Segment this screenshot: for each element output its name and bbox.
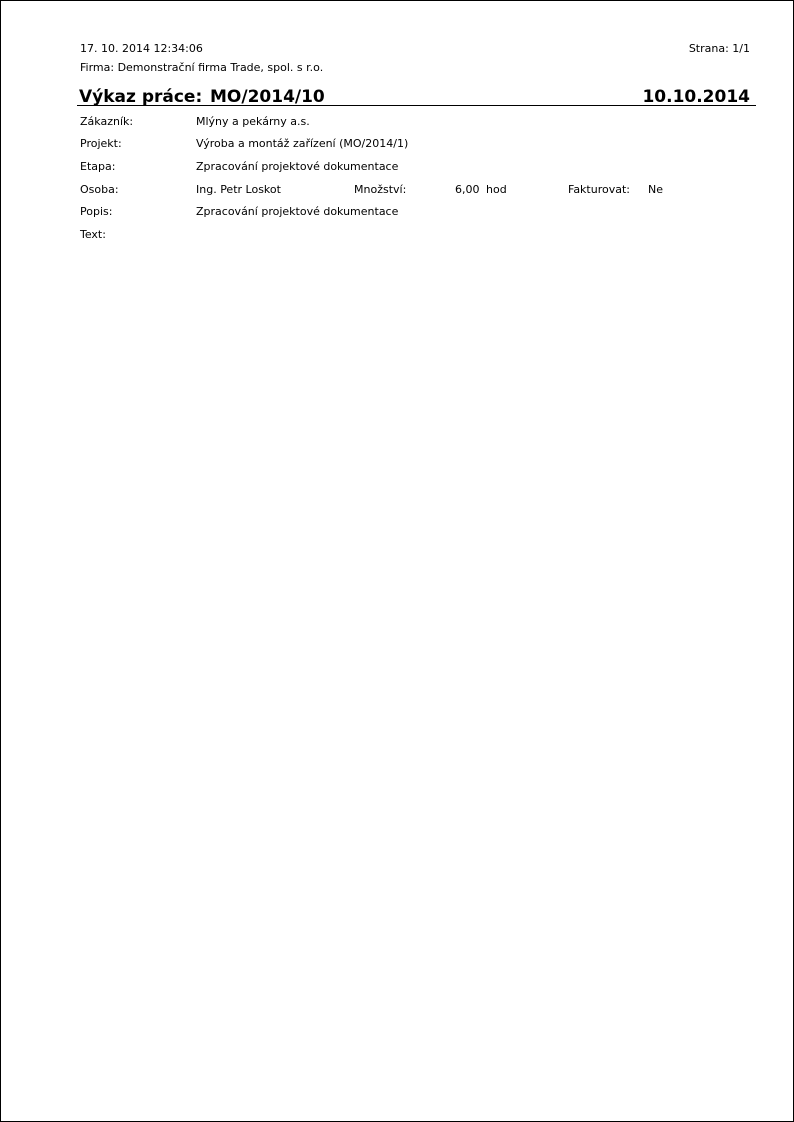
person-value: Ing. Petr Loskot <box>196 183 281 197</box>
report-title-label: Výkaz práce: <box>79 87 202 107</box>
invoice-value: Ne <box>648 183 663 197</box>
person-label: Osoba: <box>80 183 119 197</box>
project-value: Výroba a montáž zařízení (MO/2014/1) <box>196 137 408 151</box>
quantity-label: Množství: <box>354 183 406 197</box>
description-label: Popis: <box>80 205 112 219</box>
stage-value: Zpracování projektové dokumentace <box>196 160 398 174</box>
description-value: Zpracování projektové dokumentace <box>196 205 398 219</box>
title-divider <box>77 105 756 106</box>
document-number: MO/2014/10 <box>210 87 325 107</box>
customer-label: Zákazník: <box>80 115 133 129</box>
customer-value: Mlýny a pekárny a.s. <box>196 115 310 129</box>
company-line: Firma: Demonstrační firma Trade, spol. s… <box>80 61 323 75</box>
print-timestamp: 17. 10. 2014 12:34:06 <box>80 42 203 56</box>
quantity-unit: hod <box>486 183 507 197</box>
quantity-value: 6,00 <box>455 183 480 197</box>
invoice-label: Fakturovat: <box>568 183 630 197</box>
text-label: Text: <box>80 228 106 242</box>
page-indicator: Strana: 1/1 <box>689 42 750 56</box>
project-label: Projekt: <box>80 137 122 151</box>
stage-label: Etapa: <box>80 160 115 174</box>
report-date: 10.10.2014 <box>642 87 750 107</box>
report-page: 17. 10. 2014 12:34:06 Strana: 1/1 Firma:… <box>0 0 794 1122</box>
